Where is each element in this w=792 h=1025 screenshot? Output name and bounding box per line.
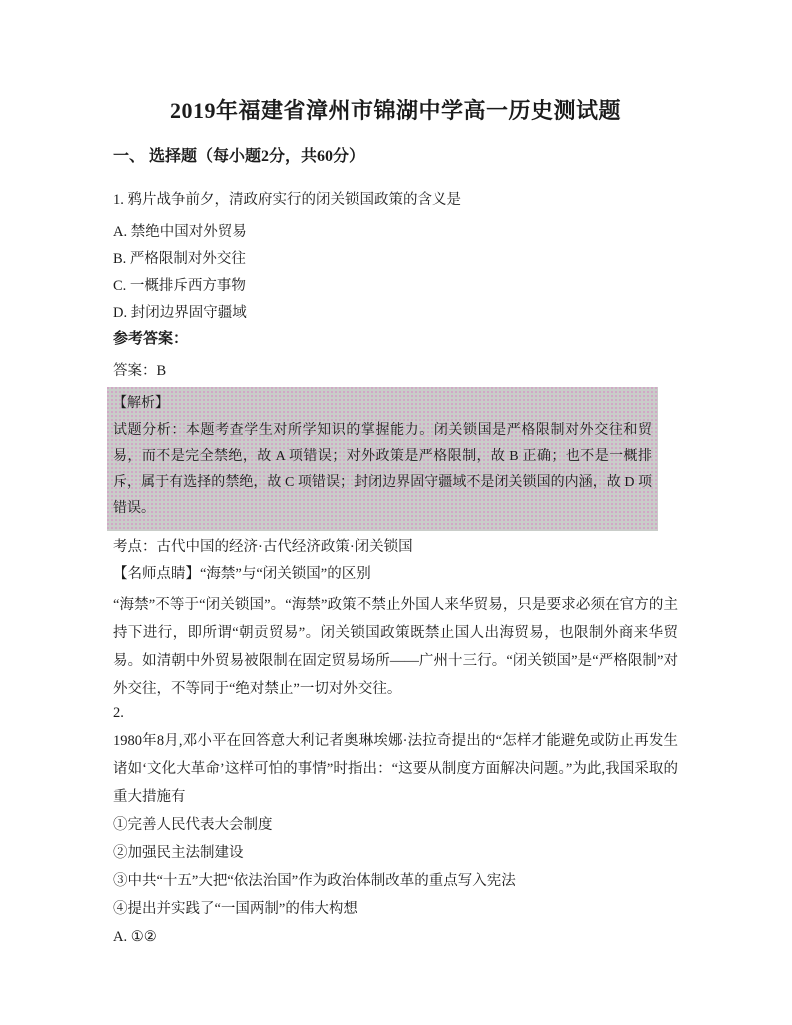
question-2-item-2: ②加强民主法制建设	[113, 843, 678, 863]
answer-line: 答案：B	[113, 361, 678, 381]
question-2-number: 2.	[113, 703, 678, 723]
analysis-heading: 【解析】	[113, 394, 652, 414]
analysis-body: 试题分析：本题考查学生对所学知识的掌握能力。闭关锁国是严格限制对外交往和贸易，而…	[113, 418, 652, 522]
reference-answer-label: 参考答案：	[113, 329, 678, 350]
analysis-box: 【解析】 试题分析：本题考查学生对所学知识的掌握能力。闭关锁国是严格限制对外交往…	[107, 387, 658, 531]
question-1-option-b: B. 严格限制对外交往	[113, 249, 678, 269]
question-1-option-c: C. 一概排斥西方事物	[113, 276, 678, 296]
teacher-tip-heading: 【名师点睛】“海禁”与“闭关锁国”的区别	[113, 564, 678, 584]
document-page: 2019年福建省漳州市锦湖中学高一历史测试题 一、 选择题（每小题2分，共60分…	[0, 0, 792, 1025]
question-2-option-a: A. ①②	[113, 927, 678, 947]
question-2-stem: 1980年8月,邓小平在回答意大利记者奥琳埃娜·法拉奇提出的“怎样才能避免或防止…	[113, 727, 678, 811]
page-content: 2019年福建省漳州市锦湖中学高一历史测试题 一、 选择题（每小题2分，共60分…	[113, 0, 678, 947]
question-1-stem: 1. 鸦片战争前夕，清政府实行的闭关锁国政策的含义是	[113, 190, 678, 210]
question-1-option-d: D. 封闭边界固守疆域	[113, 303, 678, 323]
question-1-option-a: A. 禁绝中国对外贸易	[113, 222, 678, 242]
exam-point-line: 考点：古代中国的经济·古代经济政策·闭关锁国	[113, 537, 678, 557]
page-title: 2019年福建省漳州市锦湖中学高一历史测试题	[113, 96, 678, 126]
section-heading: 一、 选择题（每小题2分，共60分）	[113, 146, 678, 168]
teacher-tip-body: “海禁”不等于“闭关锁国”。“海禁”政策不禁止外国人来华贸易，只是要求必须在官方…	[113, 591, 678, 703]
question-2-item-1: ①完善人民代表大会制度	[113, 815, 678, 835]
question-2-item-3: ③中共“十五”大把“依法治国”作为政治体制改革的重点写入宪法	[113, 871, 678, 891]
question-2-item-4: ④提出并实践了“一国两制”的伟大构想	[113, 899, 678, 919]
